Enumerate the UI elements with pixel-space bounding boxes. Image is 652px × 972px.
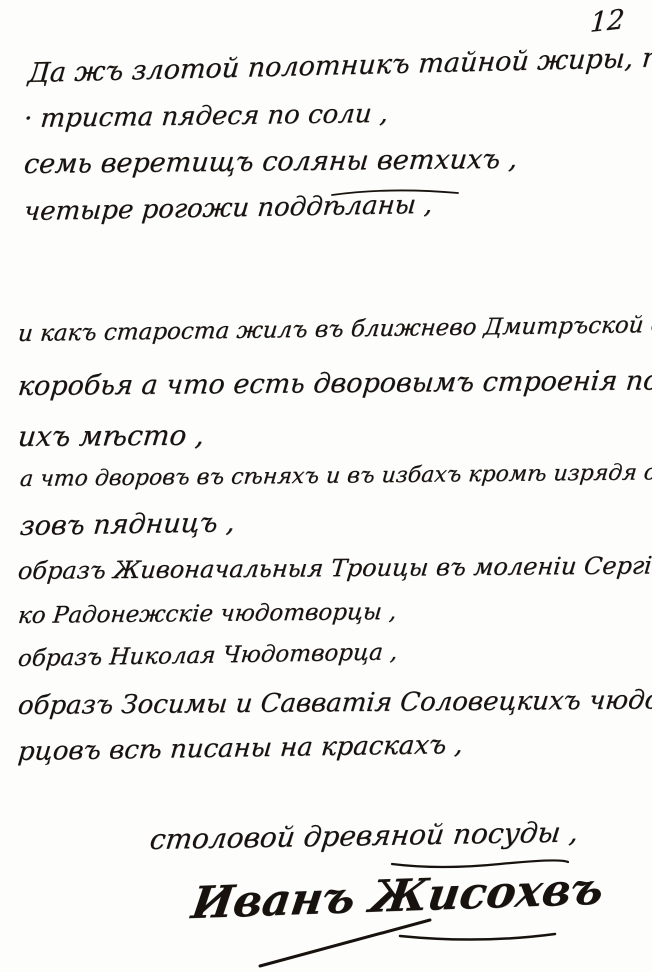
signature-flourish — [250, 918, 560, 968]
signature: Иванъ Жисохвъ — [188, 864, 606, 930]
manuscript-line: зовъ пядницъ , — [19, 507, 237, 542]
page-number: 12 — [589, 4, 625, 39]
manuscript-line: семь веретищъ соляны ветхихъ , — [23, 144, 519, 180]
manuscript-line: образъ Зосимы и Савватiя Соловецкихъ чюд… — [17, 685, 652, 721]
manuscript-line: и какъ староста жилъ въ ближнево Дмитръс… — [17, 310, 652, 347]
manuscript-closing-line: столовой древяной посуды , — [148, 815, 580, 856]
manuscript-line: образъ Николая Чюдотворца , — [17, 639, 399, 672]
manuscript-line: четыре рогожи поддѣланы , — [23, 190, 434, 227]
manuscript-line: а что дворовъ въ сѣняхъ и въ избахъ кром… — [19, 460, 652, 492]
manuscript-line: рцовъ всѣ писаны на краскахъ , — [17, 730, 464, 767]
manuscript-line: ко Радонежскiе чюдотворцы , — [17, 599, 398, 629]
manuscript-line: · триста пядеся по соли , — [23, 99, 390, 134]
manuscript-line: ихъ мѣсто , — [16, 419, 205, 453]
manuscript-line: образъ Живоначальныя Троицы въ моленiи С… — [17, 551, 652, 585]
manuscript-line: коробья а что есть дворовымъ строенiя по — [17, 365, 652, 402]
manuscript-line: Да жъ злотой полотникъ тайной жиры, помѣ… — [27, 40, 652, 89]
manuscript-page: 12 Да жъ злотой полотникъ тайной жиры, п… — [0, 0, 652, 972]
